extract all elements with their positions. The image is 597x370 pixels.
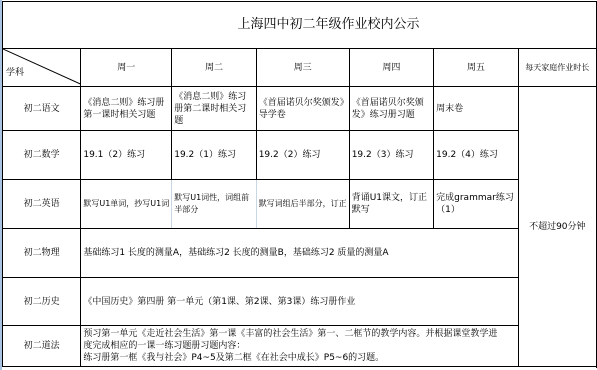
header-day-thu[interactable]: 周四	[349, 49, 433, 87]
homework-cell[interactable]: 《首届诺贝尔奖颁发》练习册习题	[349, 87, 433, 131]
subject-cell[interactable]: 初二数学	[3, 131, 81, 180]
subject-cell[interactable]: 初二历史	[3, 278, 81, 326]
homework-merged-cell[interactable]: 《中国历史》第四册 第一单元（第1课、第2课、第3课）练习册作业	[81, 278, 518, 326]
homework-cell[interactable]: 默写词组后半部分，订正	[256, 180, 349, 229]
homework-line: 预习第一单元《走近社会生活》第一课《丰富的社会生活》第一、二框节的教学内容。并根…	[83, 328, 515, 340]
homework-cell[interactable]: 19.2（2）练习	[256, 131, 349, 180]
header-day-mon[interactable]: 周一	[81, 49, 172, 87]
subject-cell[interactable]: 初二道法	[3, 326, 81, 367]
header-day-wed[interactable]: 周三	[256, 49, 349, 87]
table-row-chinese: 初二语文 《消息二则》练习册第一课时相关习题 《消息二则》练习册第二课时相关习题…	[3, 87, 597, 131]
header-day-tue[interactable]: 周二	[172, 49, 256, 87]
homework-cell[interactable]: 《消息二则》练习册第一课时相关习题	[81, 87, 172, 131]
table-row-physics: 初二物理 基础练习1 长度的测量A，基础练习2 长度的测量B，基础练习2 质量的…	[3, 229, 597, 278]
subject-cell[interactable]: 初二英语	[3, 180, 81, 229]
homework-merged-cell[interactable]: 预习第一单元《走近社会生活》第一课《丰富的社会生活》第一、二框节的教学内容。并根…	[81, 326, 518, 367]
table-row-history: 初二历史 《中国历史》第四册 第一单元（第1课、第2课、第3课）练习册作业	[3, 278, 597, 326]
homework-cell[interactable]: 19.1（2）练习	[81, 131, 172, 180]
homework-cell[interactable]: 19.2（1）练习	[172, 131, 256, 180]
homework-cell[interactable]: 默写U1单词，抄写U1词	[81, 180, 172, 229]
duration-value-cell[interactable]: 不超过90分钟	[518, 87, 596, 367]
table-row-english: 初二英语 默写U1单词，抄写U1词 默写U1词性，词组前半部分 默写词组后半部分…	[3, 180, 597, 229]
table-row-math: 初二数学 19.1（2）练习 19.2（1）练习 19.2（2）练习 19.2（…	[3, 131, 597, 180]
homework-cell[interactable]: 周末卷	[434, 87, 518, 131]
subject-header-label: 学科	[6, 67, 24, 79]
page-title: 上海四中初二年级作业校内公示	[3, 2, 597, 49]
subject-cell[interactable]: 初二语文	[3, 87, 81, 131]
subject-cell[interactable]: 初二物理	[3, 229, 81, 278]
homework-cell[interactable]: 19.2（3）练习	[349, 131, 433, 180]
header-row: 学科 周一 周二 周三 周四 周五 每天家庭作业时长	[3, 49, 597, 87]
header-day-fri[interactable]: 周五	[434, 49, 518, 87]
homework-cell[interactable]: 完成grammar练习（1）	[434, 180, 518, 229]
table-row-morality-law: 初二道法 预习第一单元《走近社会生活》第一课《丰富的社会生活》第一、二框节的教学…	[3, 326, 597, 367]
homework-cell[interactable]: 《首届诺贝尔奖颁发》导学卷	[256, 87, 349, 131]
homework-cell[interactable]: 默写U1词性，词组前半部分	[172, 180, 256, 229]
homework-table: 上海四中初二年级作业校内公示 学科 周一 周二 周三 周四 周五 每天家庭作业时…	[2, 1, 597, 367]
corner-header-cell[interactable]: 学科	[3, 49, 81, 87]
homework-cell[interactable]: 19.2（4）练习	[434, 131, 518, 180]
homework-line: 度完成相应的一课一练习题册习题内容：	[83, 340, 515, 352]
header-duration[interactable]: 每天家庭作业时长	[518, 49, 596, 87]
homework-cell[interactable]: 背诵U1课文，订正默写	[349, 180, 433, 229]
title-row: 上海四中初二年级作业校内公示	[3, 2, 597, 49]
homework-cell[interactable]: 《消息二则》练习册第二课时相关习题	[172, 87, 256, 131]
homework-table-sheet: 上海四中初二年级作业校内公示 学科 周一 周二 周三 周四 周五 每天家庭作业时…	[2, 1, 597, 367]
homework-line: 练习册第一框《我与社会》P4~5及第二框《在社会中成长》P5~6的习题。	[83, 352, 515, 364]
homework-merged-cell[interactable]: 基础练习1 长度的测量A，基础练习2 长度的测量B，基础练习2 质量的测量A	[81, 229, 518, 278]
